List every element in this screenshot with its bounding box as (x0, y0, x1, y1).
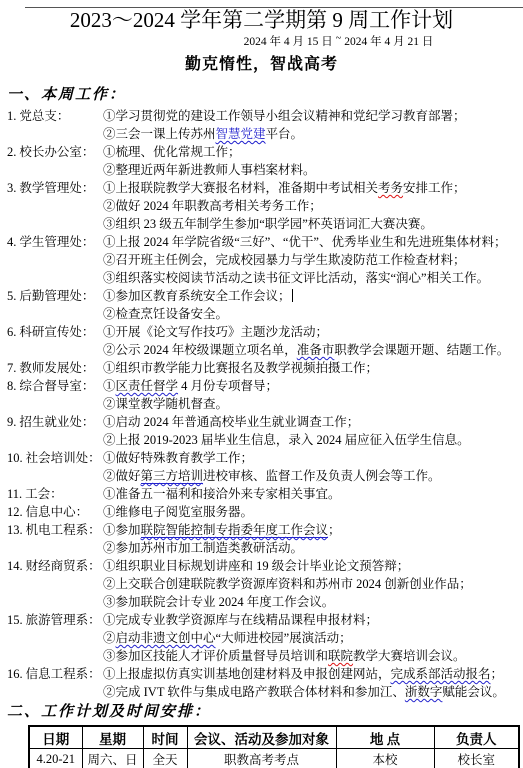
item-number: 13. (7, 521, 23, 539)
item-line: ②参加苏州市加工制造类教研活动。 (103, 539, 523, 557)
document-page[interactable]: 2023～2024 学年第二学期第 9 周工作计划 2024 年 4 月 15 … (0, 0, 523, 768)
table-header-cell: 日期 (29, 726, 82, 749)
item-line: ②完成 IVT 软件与集成电路产教联合体材料和参加江、浙数字赋能会议。 (103, 683, 523, 701)
text-segment: ①做好特殊教育教学工作； (103, 451, 253, 465)
text-segment: ③参加区技能人才评价质量督导员培训和 (103, 649, 328, 663)
text-segment: ②检查烹饪设备安全。 (103, 307, 228, 321)
work-item: 6.科研宣传处：①开展《论文写作技巧》主题沙龙活动；②公示 2024 年校级课题… (7, 323, 523, 359)
table-cell: 全天 (143, 749, 187, 768)
slogan: 勤克惰性，智战高考 (0, 56, 523, 74)
item-label: 16.信息工程系： (7, 665, 103, 701)
item-department: 招生就业处： (19, 415, 94, 429)
item-content: ①上报虚拟仿真实训基地创建材料及申报创建网站，完成系部活动报名；②完成 IVT … (103, 665, 523, 701)
item-line: ②三会一课上传苏州智慧党建平台。 (103, 125, 523, 143)
table-cell: 本校 (336, 749, 434, 768)
item-number: 4. (7, 233, 16, 251)
item-content: ①上报联院教学大赛报名材料，准备期中考试相关考务安排工作；②做好 2024 年职… (103, 179, 523, 233)
item-content: ①组织市教学能力比赛报名及教学视频拍摄工作； (103, 359, 523, 377)
text-segment: ①准备五一福利和接洽外来专家相关事宜。 (103, 487, 341, 501)
text-segment: ②召开班主任例会，完成校园暴力与学生欺凌防范工作检查材料； (103, 253, 466, 267)
text-segment: “大师进校园”展演活动； (216, 631, 352, 645)
item-number: 10. (7, 449, 23, 467)
date-separator: ~ (333, 32, 344, 46)
work-item: 14.财经商贸系：①组织职业目标规划讲座和 19 级会计毕业论文预答辩；②上交联… (7, 557, 523, 611)
table-header-cell: 地 点 (336, 726, 434, 749)
item-number: 6. (7, 323, 16, 341)
table-header-cell: 星期 (82, 726, 143, 749)
item-content: ①参加联院智能控制专指委年度工作会议；②参加苏州市加工制造类教研活动。 (103, 521, 523, 557)
schedule-table: 日期星期时间会议、活动及参加对象地 点负责人4.20-21周六、日全天职教高考考… (28, 725, 520, 768)
section2-heading: 二、工作计划及时间安排： (7, 704, 523, 721)
item-line: ①学习贯彻党的建设工作领导小组会议精神和党纪学习教育部署； (103, 107, 523, 125)
work-item: 7.教师发展处：①组织市教学能力比赛报名及教学视频拍摄工作； (7, 359, 523, 377)
table-header-cell: 负责人 (434, 726, 519, 749)
item-label: 3.教学管理处： (7, 179, 103, 233)
text-segment: ①开展《论文写作技巧》主题沙龙活动； (103, 325, 328, 339)
item-line: ①准备五一福利和接洽外来专家相关事宜。 (103, 485, 523, 503)
work-items-list: 1.党总支：①学习贯彻党的建设工作领导小组会议精神和党纪学习教育部署；②三会一课… (7, 107, 523, 701)
text-segment: 进校审核、监督工作及负责人例会等工作。 (203, 469, 441, 483)
item-department: 旅游管理系： (26, 613, 101, 627)
item-line: ①梳理、优化常规工作； (103, 143, 523, 161)
text-segment: 教学大赛培训会议。 (353, 649, 466, 663)
item-department: 科研宣传处： (19, 325, 94, 339)
text-segment: ②做好 2024 年职教高考相关考务工作； (103, 199, 322, 213)
text-segment: ①梳理、优化常规工作； (103, 145, 241, 159)
text-segment: ②上交联合创建联院教学资源库资料和苏州市 2024 创新创业作品； (103, 577, 472, 591)
item-line: ①维修电子阅览室服务器。 (103, 503, 523, 521)
text-segment: ②参加苏州市加工制造类教研活动。 (103, 541, 303, 555)
item-line: ②启动非遗文创中心“大师进校园”展演活动； (103, 629, 523, 647)
work-item: 15.旅游管理系：①完成专业教学资源库与在线精品课程申报材料；②启动非遗文创中心… (7, 611, 523, 665)
item-line: ②公示 2024 年校级课题立项名单，准备市职教学会课题开题、结题工作。 (103, 341, 523, 359)
item-number: 16. (7, 665, 23, 683)
text-segment: 区责任督学 (116, 379, 179, 393)
item-label: 12.信息中心： (7, 503, 103, 521)
item-content: ①区责任督学 4 月份专项督导；②课堂教学随机督查。 (103, 377, 523, 413)
text-segment: ②整理近两年新进教师人事档案材料。 (103, 163, 316, 177)
text-segment: 启动非遗文创中心 (116, 631, 216, 645)
item-department: 综合督导室： (19, 379, 94, 393)
text-segment: ①完成专业教学资源库与在线精品课程申报材料； (103, 613, 378, 627)
item-line: ①做好特殊教育教学工作； (103, 449, 523, 467)
item-number: 9. (7, 413, 16, 431)
item-line: ①开展《论文写作技巧》主题沙龙活动； (103, 323, 523, 341)
item-content: ①维修电子阅览室服务器。 (103, 503, 523, 521)
item-label: 8.综合督导室： (7, 377, 103, 413)
item-department: 信息中心： (26, 505, 89, 519)
item-number: 14. (7, 557, 23, 575)
text-segment: ②做好 (103, 469, 141, 483)
text-caret (292, 289, 293, 302)
item-number: 11. (7, 485, 22, 503)
table-cell: 周六、日 (82, 749, 143, 768)
item-line: ①参加联院智能控制专指委年度工作会议； (103, 521, 523, 539)
text-segment: 联院 (328, 649, 353, 663)
text-segment: 第三方培训 (141, 469, 204, 484)
item-line: ②检查烹饪设备安全。 (103, 305, 523, 323)
item-label: 10.社会培训处： (7, 449, 103, 485)
work-item: 3.教学管理处：①上报联院教学大赛报名材料，准备期中考试相关考务安排工作；②做好… (7, 179, 523, 233)
item-content: ①学习贯彻党的建设工作领导小组会议精神和党纪学习教育部署；②三会一课上传苏州智慧… (103, 107, 523, 143)
table-header-row: 日期星期时间会议、活动及参加对象地 点负责人 (29, 726, 519, 749)
item-line: ②召开班主任例会，完成校园暴力与学生欺凌防范工作检查材料； (103, 251, 523, 269)
text-segment: 联院智能控制专指委年度工作会议 (141, 523, 329, 538)
text-segment: 职教学会课题开题、结题工作。 (334, 343, 509, 357)
item-department: 校长办公室： (19, 145, 94, 159)
text-segment: ②上报 2019-2023 届毕业生信息，录入 2024 届应征入伍学生信息。 (103, 433, 470, 447)
text-segment: ③参加联院会计专业 2024 年度工作会议。 (103, 595, 334, 609)
text-segment: ①启动 2024 年普通高校毕业生就业调查工作； (103, 415, 359, 429)
item-line: ①上报虚拟仿真实训基地创建材料及申报创建网站，完成系部活动报名； (103, 665, 523, 683)
text-segment: 平台。 (266, 127, 304, 141)
item-line: ③参加联院会计专业 2024 年度工作会议。 (103, 593, 523, 611)
text-segment: ； (491, 667, 504, 681)
date-to: 2024 年 4 月 21 日 (344, 36, 433, 48)
item-department: 财经商贸系： (26, 559, 101, 573)
text-segment: 完成系部活动报名 (391, 667, 491, 681)
item-line: ②做好 2024 年职教高考相关考务工作； (103, 197, 523, 215)
item-line: ①区责任督学 4 月份专项督导； (103, 377, 523, 395)
text-segment: ①上报虚拟仿真实训基地创建材料及申报创建网站， (103, 667, 391, 681)
item-label: 7.教师发展处： (7, 359, 103, 377)
item-label: 13.机电工程系： (7, 521, 103, 557)
work-item: 2.校长办公室：①梳理、优化常规工作；②整理近两年新进教师人事档案材料。 (7, 143, 523, 179)
item-label: 9.招生就业处： (7, 413, 103, 449)
text-segment: ③组织 23 级五年制学生参加“职学园”杯英语词汇大赛决赛。 (103, 217, 433, 231)
work-item: 8.综合督导室：①区责任督学 4 月份专项督导；②课堂教学随机督查。 (7, 377, 523, 413)
item-line: ①完成专业教学资源库与在线精品课程申报材料； (103, 611, 523, 629)
item-label: 1.党总支： (7, 107, 103, 143)
date-range: 2024 年 4 月 15 日~2024 年 4 月 21 日 (77, 32, 523, 49)
table-row: 4.20-21周六、日全天职教高考考点本校校长室 (29, 749, 519, 768)
item-line: ①组织市教学能力比赛报名及教学视频拍摄工作； (103, 359, 523, 377)
table-cell: 4.20-21 (29, 749, 82, 768)
item-content: ①完成专业教学资源库与在线精品课程申报材料；②启动非遗文创中心“大师进校园”展演… (103, 611, 523, 665)
document-title: 2023～2024 学年第二学期第 9 周工作计划 (4, 8, 519, 32)
text-segment: 考务 (378, 181, 403, 195)
item-label: 14.财经商贸系： (7, 557, 103, 611)
work-item: 11.工会：①准备五一福利和接洽外来专家相关事宜。 (7, 485, 523, 503)
text-segment: ①组织市教学能力比赛报名及教学视频拍摄工作； (103, 361, 378, 375)
item-line: ①启动 2024 年普通高校毕业生就业调查工作； (103, 413, 523, 431)
work-item: 16.信息工程系：①上报虚拟仿真实训基地创建材料及申报创建网站，完成系部活动报名… (7, 665, 523, 701)
text-segment: ② (103, 631, 116, 645)
item-number: 15. (7, 611, 23, 629)
item-label: 2.校长办公室： (7, 143, 103, 179)
text-segment: ①参加 (103, 523, 141, 537)
text-segment: 赋能会议。 (442, 685, 505, 699)
item-line: ①参加区教育系统安全工作会议； (103, 287, 523, 305)
work-item: 4.学生管理处：①上报 2024 年学院省级“三好”、“优干”、优秀毕业生和先进… (7, 233, 523, 287)
work-item: 12.信息中心：①维修电子阅览室服务器。 (7, 503, 523, 521)
text-segment: 安排工作； (403, 181, 466, 195)
item-number: 2. (7, 143, 16, 161)
item-label: 11.工会： (7, 485, 103, 503)
item-line: ②上报 2019-2023 届毕业生信息，录入 2024 届应征入伍学生信息。 (103, 431, 523, 449)
text-segment: ①参加区教育系统安全工作会议； (103, 289, 291, 303)
text-segment: ②三会一课上传苏州 (103, 127, 216, 141)
text-segment: 4 月份专项督导； (178, 379, 278, 393)
work-item: 10.社会培训处：①做好特殊教育教学工作；②做好第三方培训进校审核、监督工作及负… (7, 449, 523, 485)
item-label: 6.科研宣传处： (7, 323, 103, 359)
table-header-cell: 时间 (143, 726, 187, 749)
item-department: 党总支： (19, 109, 69, 123)
item-department: 教师发展处： (19, 361, 94, 375)
text-segment: ① (103, 379, 116, 393)
item-content: ①梳理、优化常规工作；②整理近两年新进教师人事档案材料。 (103, 143, 523, 179)
text-segment: ②课堂教学随机督查。 (103, 397, 228, 411)
work-item: 13.机电工程系：①参加联院智能控制专指委年度工作会议；②参加苏州市加工制造类教… (7, 521, 523, 557)
item-number: 7. (7, 359, 16, 377)
item-label: 15.旅游管理系： (7, 611, 103, 665)
item-label: 5.后勤管理处： (7, 287, 103, 323)
item-line: ①组织职业目标规划讲座和 19 级会计毕业论文预答辩； (103, 557, 523, 575)
text-segment: ③组织落实校阅读节活动之读书征文评比活动，落实“润心”相关工作。 (103, 271, 489, 285)
text-segment: ①上报 2024 年学院省级“三好”、“优干”、优秀毕业生和先进班集体材料； (103, 235, 506, 249)
text-segment: 智慧党建 (216, 127, 266, 141)
item-content: ①启动 2024 年普通高校毕业生就业调查工作；②上报 2019-2023 届毕… (103, 413, 523, 449)
item-department: 工会： (25, 487, 63, 501)
item-content: ①组织职业目标规划讲座和 19 级会计毕业论文预答辩；②上交联合创建联院教学资源… (103, 557, 523, 611)
text-segment: ②公示 2024 年校级课题立项名单， (103, 343, 297, 357)
item-number: 5. (7, 287, 16, 305)
table-cell: 校长室 (434, 749, 519, 768)
item-department: 机电工程系： (26, 523, 101, 537)
text-segment: 浙数字 (405, 685, 443, 699)
item-line: ①上报 2024 年学院省级“三好”、“优干”、优秀毕业生和先进班集体材料； (103, 233, 523, 251)
item-number: 3. (7, 179, 16, 197)
item-label: 4.学生管理处： (7, 233, 103, 287)
section1-heading: 一、本周工作： (7, 87, 523, 104)
item-number: 8. (7, 377, 16, 395)
item-content: ①做好特殊教育教学工作；②做好第三方培训进校审核、监督工作及负责人例会等工作。 (103, 449, 523, 485)
item-content: ①开展《论文写作技巧》主题沙龙活动；②公示 2024 年校级课题立项名单，准备市… (103, 323, 523, 359)
table-header-cell: 会议、活动及参加对象 (187, 726, 336, 749)
date-from: 2024 年 4 月 15 日 (244, 36, 333, 48)
text-segment: 准备市 (297, 343, 335, 357)
table-cell: 职教高考考点 (187, 749, 336, 768)
work-item: 1.党总支：①学习贯彻党的建设工作领导小组会议精神和党纪学习教育部署；②三会一课… (7, 107, 523, 143)
item-line: ③组织 23 级五年制学生参加“职学园”杯英语词汇大赛决赛。 (103, 215, 523, 233)
item-department: 社会培训处： (26, 451, 101, 465)
text-segment: ①组织职业目标规划讲座和 19 级会计毕业论文预答辩； (103, 559, 409, 573)
item-line: ①上报联院教学大赛报名材料，准备期中考试相关考务安排工作； (103, 179, 523, 197)
item-department: 教学管理处： (19, 181, 94, 195)
item-line: ③组织落实校阅读节活动之读书征文评比活动，落实“润心”相关工作。 (103, 269, 523, 287)
item-department: 学生管理处： (19, 235, 94, 249)
text-segment: ； (328, 523, 341, 537)
item-content: ①上报 2024 年学院省级“三好”、“优干”、优秀毕业生和先进班集体材料；②召… (103, 233, 523, 287)
item-line: ②整理近两年新进教师人事档案材料。 (103, 161, 523, 179)
item-line: ②课堂教学随机督查。 (103, 395, 523, 413)
item-department: 后勤管理处： (19, 289, 94, 303)
top-rule (25, 7, 523, 8)
text-segment: ①学习贯彻党的建设工作领导小组会议精神和党纪学习教育部署； (103, 109, 466, 123)
text-segment: ①维修电子阅览室服务器。 (103, 505, 253, 519)
item-department: 信息工程系： (26, 667, 101, 681)
item-number: 12. (7, 503, 23, 521)
item-content: ①准备五一福利和接洽外来专家相关事宜。 (103, 485, 523, 503)
work-item: 5.后勤管理处：①参加区教育系统安全工作会议；②检查烹饪设备安全。 (7, 287, 523, 323)
item-number: 1. (7, 107, 16, 125)
text-segment: ②完成 IVT 软件与集成电路产教联合体材料和参加江、 (103, 685, 405, 699)
work-item: 9.招生就业处：①启动 2024 年普通高校毕业生就业调查工作；②上报 2019… (7, 413, 523, 449)
item-line: ②上交联合创建联院教学资源库资料和苏州市 2024 创新创业作品； (103, 575, 523, 593)
item-content: ①参加区教育系统安全工作会议；②检查烹饪设备安全。 (103, 287, 523, 323)
item-line: ②做好第三方培训进校审核、监督工作及负责人例会等工作。 (103, 467, 523, 485)
item-line: ③参加区技能人才评价质量督导员培训和联院教学大赛培训会议。 (103, 647, 523, 665)
text-segment: ①上报联院教学大赛报名材料，准备期中考试相关 (103, 181, 378, 195)
